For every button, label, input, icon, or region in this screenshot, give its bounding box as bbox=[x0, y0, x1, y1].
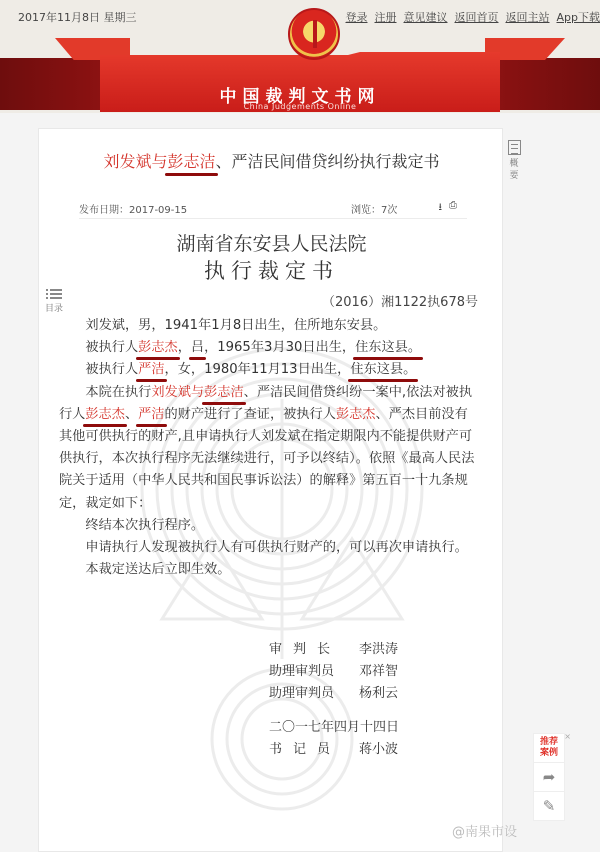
edit-button[interactable]: ✎ bbox=[534, 791, 564, 820]
download-icon[interactable]: ⭳ bbox=[439, 200, 443, 217]
document-body: 刘发斌，男，1941年1月8日出生，住所地东安县。 被执行人彭志杰，吕，1965… bbox=[59, 315, 477, 581]
party-address: 住东这县。 bbox=[350, 362, 416, 377]
pencil-icon: ✎ bbox=[543, 797, 556, 815]
header-date: 2017年11月8日 星期三 bbox=[18, 9, 137, 25]
login-link[interactable]: 登录 bbox=[346, 9, 368, 25]
text: 被执行人 bbox=[85, 362, 138, 377]
recommend-label: 推荐 bbox=[534, 737, 564, 748]
clerk-role: 书记员 bbox=[269, 739, 359, 761]
party-name: 严洁 bbox=[138, 362, 164, 377]
text: 、严杰目前没有其他可供执行的财产,且申请执行人刘发斌在指定期限内不能提供财产可供… bbox=[59, 407, 474, 511]
print-icon[interactable]: ⎙ bbox=[449, 200, 457, 217]
share-button[interactable]: ➦ bbox=[534, 762, 564, 791]
register-link[interactable]: 注册 bbox=[375, 9, 397, 25]
text: 的财产进行了查证，被执行人 bbox=[165, 407, 336, 422]
summary-label: 要 bbox=[505, 170, 523, 182]
clerk-name: 蒋小波 bbox=[359, 739, 429, 761]
text: 、 bbox=[125, 407, 138, 422]
text: ，女，1980年11月13日出生， bbox=[165, 362, 351, 377]
toc-button[interactable]: 目录 bbox=[41, 287, 67, 314]
site-header: 2017年11月8日 星期三 登录 注册 意见建议 返回首页 返回主站 App下… bbox=[0, 0, 600, 113]
paragraph: 刘发斌，男，1941年1月8日出生，住所地东安县。 bbox=[59, 315, 477, 337]
party-address: 住东这县。 bbox=[355, 340, 421, 355]
signature-name: 邓祥智 bbox=[359, 661, 429, 683]
recommend-label: 案例 bbox=[534, 748, 564, 759]
signature-role: 助理审判员 bbox=[269, 683, 359, 705]
home-link[interactable]: 返回首页 bbox=[455, 9, 499, 25]
site-subtitle: China Judgements Online bbox=[0, 102, 600, 111]
publish-date: 发布日期：2017-09-15 bbox=[79, 201, 187, 216]
paragraph: 终结本次执行程序。 bbox=[59, 515, 477, 537]
view-count: 浏览：7次 bbox=[351, 201, 397, 216]
signature-role: 审判长 bbox=[269, 639, 359, 661]
paragraph: 申请执行人发现被执行人有可供执行财产的，可以再次申请执行。 bbox=[59, 537, 477, 559]
sign-date: 二〇一七年四月十四日 bbox=[269, 717, 429, 739]
document-meta: 发布日期：2017-09-15 浏览：7次 ⭳ ⎙ bbox=[79, 201, 467, 219]
text: 本院在执行 bbox=[85, 385, 151, 400]
summary-label: 概 bbox=[505, 158, 523, 170]
feedback-link[interactable]: 意见建议 bbox=[404, 9, 448, 25]
document-title: 刘发斌与彭志洁、严洁民间借贷纠纷执行裁定书 bbox=[39, 149, 504, 172]
party-name: 彭志杰 bbox=[336, 407, 376, 422]
text: 被执行人 bbox=[85, 340, 138, 355]
party-name: 刘发斌与 bbox=[151, 385, 204, 400]
text: ，1965年3月30日出生， bbox=[204, 340, 355, 355]
document-actions: ⭳ ⎙ bbox=[439, 200, 458, 217]
main-site-link[interactable]: 返回主站 bbox=[506, 9, 550, 25]
party-name: 彭志洁 bbox=[204, 385, 244, 400]
party-gender: 吕 bbox=[191, 340, 204, 355]
court-emblem-logo[interactable] bbox=[288, 8, 340, 60]
signature-name: 李洪涛 bbox=[359, 639, 429, 661]
document-type: 执行裁定书 bbox=[39, 255, 504, 285]
weibo-watermark: @南果市设 bbox=[452, 821, 517, 840]
recommended-cases-button[interactable]: 推荐 案例 bbox=[534, 734, 564, 762]
floating-toolbar: × 推荐 案例 ➦ ✎ bbox=[533, 733, 565, 821]
signature-role: 助理审判员 bbox=[269, 661, 359, 683]
signature-row: 审判长 李洪涛 bbox=[269, 639, 429, 661]
clerk-row: 书记员 蒋小波 bbox=[269, 739, 429, 761]
signature-block: 审判长 李洪涛 助理审判员 邓祥智 助理审判员 杨利云 二〇一七年四月十四日 书… bbox=[269, 639, 429, 761]
paragraph: 被执行人彭志杰，吕，1965年3月30日出生，住东这县。 bbox=[59, 337, 477, 359]
document-icon bbox=[508, 140, 521, 155]
toc-label: 目录 bbox=[45, 304, 63, 314]
top-links: 登录 注册 意见建议 返回首页 返回主站 App下载 bbox=[346, 9, 600, 25]
list-icon bbox=[46, 289, 62, 299]
title-plaintiff: 刘发斌与 bbox=[103, 152, 167, 171]
party-name: 严洁 bbox=[138, 407, 164, 422]
case-number: （2016）湘1122执678号 bbox=[322, 291, 478, 310]
court-name: 湖南省东安县人民法院 bbox=[39, 229, 504, 256]
paragraph: 本院在执行刘发斌与彭志洁、严洁民间借贷纠纷一案中,依法对被执行人彭志杰、严洁的财… bbox=[59, 382, 477, 515]
paragraph: 本裁定送达后立即生效。 bbox=[59, 559, 477, 581]
summary-button[interactable]: 概 要 bbox=[505, 140, 523, 182]
signature-name: 杨利云 bbox=[359, 683, 429, 705]
signature-row: 助理审判员 邓祥智 bbox=[269, 661, 429, 683]
document-card: 刘发斌与彭志洁、严洁民间借贷纠纷执行裁定书 发布日期：2017-09-15 浏览… bbox=[38, 128, 503, 852]
share-icon: ➦ bbox=[543, 768, 556, 786]
signature-row: 助理审判员 杨利云 bbox=[269, 683, 429, 705]
text: ， bbox=[178, 340, 191, 355]
paragraph: 被执行人严洁，女，1980年11月13日出生，住东这县。 bbox=[59, 359, 477, 381]
close-icon[interactable]: × bbox=[564, 732, 571, 741]
party-name: 彭志杰 bbox=[138, 340, 178, 355]
app-download-link[interactable]: App下载 bbox=[557, 9, 600, 25]
title-defendant: 彭志洁 bbox=[167, 152, 215, 171]
party-name: 彭志杰 bbox=[85, 407, 125, 422]
title-rest: 、严洁民间借贷纠纷执行裁定书 bbox=[216, 152, 440, 171]
